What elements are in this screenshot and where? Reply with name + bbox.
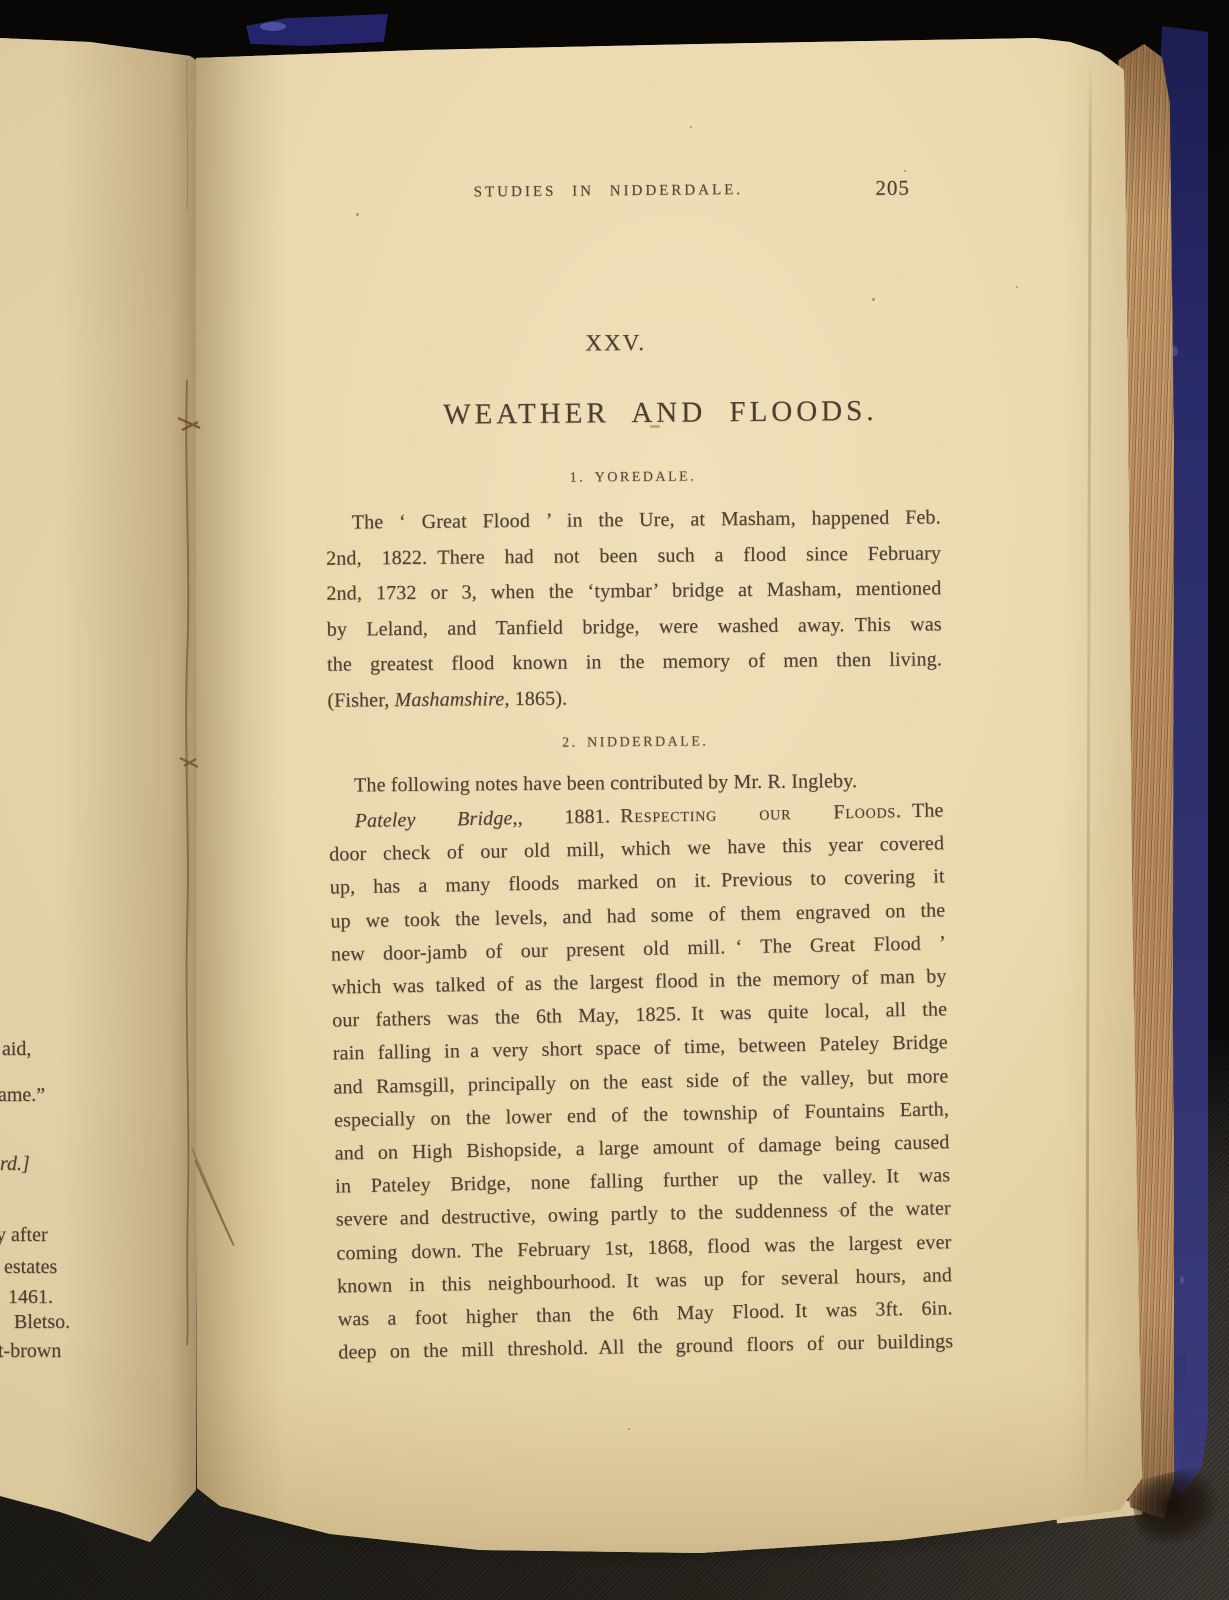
text-segment: (Fisher, <box>327 689 394 712</box>
text-segment: up we took the levels, and had some of t… <box>330 899 945 932</box>
text-segment: in Pateley Bridge, none falling further … <box>335 1164 950 1197</box>
text-line: (Fisher, Mashamshire, 1865). <box>327 678 942 719</box>
text-line: The ‘ Great Flood ’ in the Ure, at Masha… <box>326 500 941 541</box>
text-segment: door check of our old mill, which we hav… <box>329 832 944 865</box>
text-segment: 2nd, 1732 or 3, when the ‘tymbar’ bridge… <box>326 577 941 604</box>
text-segment: our fathers was the 6th May, 1825. It wa… <box>332 998 947 1031</box>
paragraph: The ‘ Great Flood ’ in the Ure, at Masha… <box>326 500 943 718</box>
foxing-speck <box>1016 286 1018 288</box>
text-segment: , 1865). <box>504 687 567 710</box>
text-segment: the greatest flood known in the memory o… <box>327 648 942 675</box>
facing-page-fragment: ame.” <box>0 1084 45 1107</box>
text-segment: and on High Bishopside, a large amount o… <box>335 1131 950 1164</box>
cover-wear-fleck <box>260 22 286 31</box>
foxing-speck <box>628 1428 630 1430</box>
book-cover-top-edge <box>246 14 388 48</box>
facing-page-fragment: aid, <box>2 1038 31 1061</box>
text-segment: new door-jamb of our present old mill. ‘… <box>331 932 946 965</box>
facing-page-fragment: rd.] <box>0 1153 30 1176</box>
text-segment: rain falling in a very short space of ti… <box>333 1032 948 1065</box>
text-segment: deep on the mill threshold. All the grou… <box>338 1330 953 1363</box>
text-segment: coming down. The February 1st, 1868, flo… <box>336 1231 951 1264</box>
text-segment: Mashamshire <box>395 688 505 711</box>
text-line: the greatest flood known in the memory o… <box>327 642 942 683</box>
text-line: by Leland, and Tanfield bridge, were was… <box>327 607 942 648</box>
text-segment: by Leland, and Tanfield bridge, were was… <box>327 613 942 640</box>
section-heading: 2. NIDDERDALE. <box>328 732 943 753</box>
text-segment: up, has a many floods marked on it. Prev… <box>330 866 945 899</box>
text-segment: ,, 1881. <box>512 805 620 829</box>
text-segment: especially on the lower end of the towns… <box>334 1098 949 1131</box>
text-segment: Respecting our Floods. <box>620 800 902 827</box>
facing-page-fragment: y after <box>0 1224 48 1247</box>
text-line: 2nd, 1732 or 3, when the ‘tymbar’ bridge… <box>326 571 941 612</box>
text-line: 2nd, 1822. There had not been such a flo… <box>326 536 941 577</box>
section-container: 1. YOREDALE.The ‘ Great Flood ’ in the U… <box>321 0 936 3</box>
book-photo-scene: aid,ame.”rd.]y afterestates1461.Bletso.t… <box>0 0 1229 1600</box>
text-segment: severe and destructive, owing partly to … <box>336 1198 951 1231</box>
running-head: STUDIES IN NIDDERDALE. 205 <box>323 180 938 213</box>
section-heading: 1. YOREDALE. <box>325 467 940 488</box>
facing-page-fragment: t-brown <box>0 1340 61 1363</box>
text-segment: and Ramsgill, principally on the east si… <box>333 1065 948 1098</box>
facing-page-fragment: Bletso. <box>14 1311 70 1334</box>
running-title: STUDIES IN NIDDERDALE. <box>474 182 744 201</box>
facing-page-fragment: estates <box>4 1256 57 1279</box>
text-segment: The ‘ Great Flood ’ in the Ure, at Masha… <box>352 506 941 533</box>
facing-page-fragment: 1461. <box>8 1286 53 1309</box>
binding-threads <box>160 50 250 1370</box>
text-segment: Pateley Bridge <box>354 807 512 832</box>
chapter-title: WEATHER AND FLOODS. <box>353 394 968 432</box>
text-segment: which was talked of as the largest flood… <box>331 965 946 998</box>
page-text-block: STUDIES IN NIDDERDALE. 205 XXV. WEATHER … <box>321 0 948 1423</box>
text-segment: 2nd, 1822. There had not been such a flo… <box>326 542 941 569</box>
text-segment: The <box>902 799 944 822</box>
text-segment: was a foot higher than the 6th May Flood… <box>338 1297 953 1330</box>
chapter-number: XXV. <box>308 327 923 358</box>
text-segment: known in this neighbourhood. It was up f… <box>337 1264 952 1297</box>
cover-wear-fleck <box>1172 346 1178 356</box>
text-segment: The following notes have been contribute… <box>354 770 857 796</box>
page-number: 205 <box>875 176 910 201</box>
paragraph: Pateley Bridge,, 1881. Respecting our Fl… <box>328 794 953 1370</box>
cover-wear-fleck <box>1180 1276 1184 1284</box>
